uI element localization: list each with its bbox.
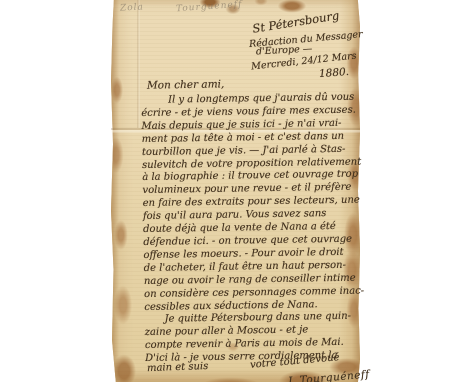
letter-greeting: Mon cher ami, [147, 78, 225, 91]
photo-background: Zola Tourgueneff St Pétersbourg Rédactio… [0, 0, 468, 382]
letter-body: Il y a longtemps que j'aurais dû vous éc… [141, 92, 363, 366]
letter-closing-left: main et suis [147, 361, 209, 374]
letter-header-year: 1880. [319, 66, 350, 80]
pencil-annotation-zola: Zola [120, 2, 144, 13]
fold-crease-vertical [137, 0, 140, 128]
